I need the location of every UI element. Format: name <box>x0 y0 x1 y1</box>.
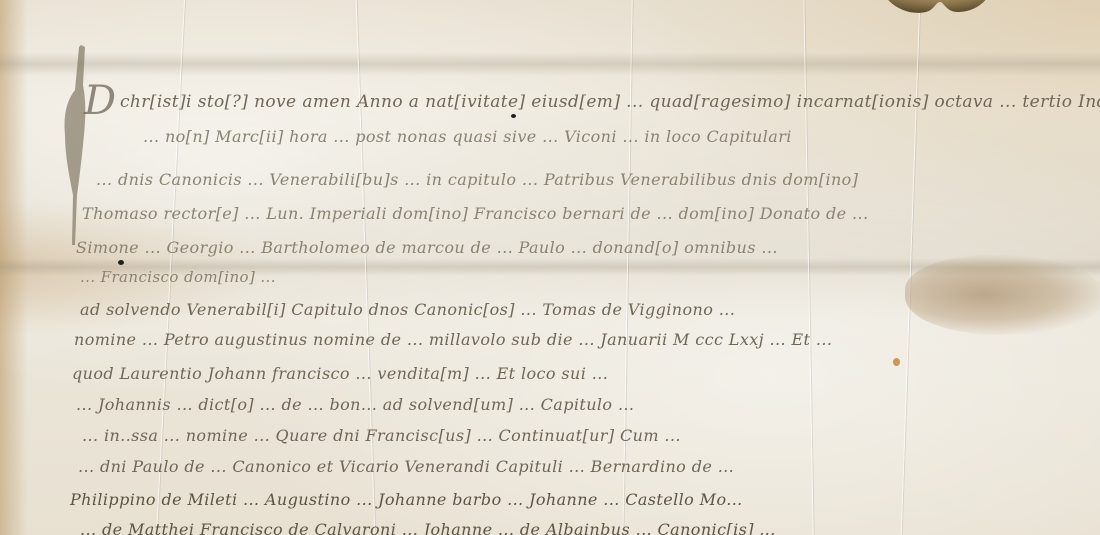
manuscript-line-4: Thomaso rector[e] ... Lun. Imperiali dom… <box>82 204 868 223</box>
manuscript-line-6: ... Francisco dom[ino] ... <box>80 268 276 286</box>
manuscript-line-7: ad solvendo Venerabil[i] Capitulo dnos C… <box>80 300 735 319</box>
manuscript-line-9: quod Laurentio Johann francisco ... vend… <box>72 364 608 383</box>
manuscript-line-11: ... in..ssa ... nomine ... Quare dni Fra… <box>82 426 681 445</box>
ink-spot <box>511 114 516 118</box>
fold-shadow-top <box>0 52 1100 76</box>
manuscript-line-12: ... dni Paulo de ... Canonico et Vicario… <box>78 457 734 476</box>
ink-spot <box>893 358 900 366</box>
manuscript-line-1: chr[ist]i sto[?] nove amen Anno a nat[iv… <box>120 92 1100 112</box>
decorated-initial-stroke <box>57 45 97 255</box>
ink-spot <box>118 260 124 265</box>
initial-letter: D <box>84 78 116 124</box>
manuscript-line-3: ... dnis Canonicis ... Venerabili[bu]s .… <box>96 170 858 189</box>
parchment-document: D chr[ist]i sto[?] nove amen Anno a nat[… <box>0 0 1100 535</box>
wax-seal-fragment <box>878 0 996 16</box>
manuscript-line-10: ... Johannis ... dict[o] ... de ... bon.… <box>76 395 634 414</box>
manuscript-line-14: ... de Matthei Francisco de Calvaroni ..… <box>80 520 776 535</box>
manuscript-line-8: nomine ... Petro augustinus nomine de ..… <box>74 330 832 349</box>
manuscript-line-5: Simone ... Georgio ... Bartholomeo de ma… <box>76 238 778 257</box>
manuscript-line-13: Philippino de Mileti ... Augustino ... J… <box>70 490 743 509</box>
manuscript-line-2: ... no[n] Marc[ii] hora ... post nonas q… <box>143 127 792 146</box>
water-stain <box>905 255 1100 335</box>
